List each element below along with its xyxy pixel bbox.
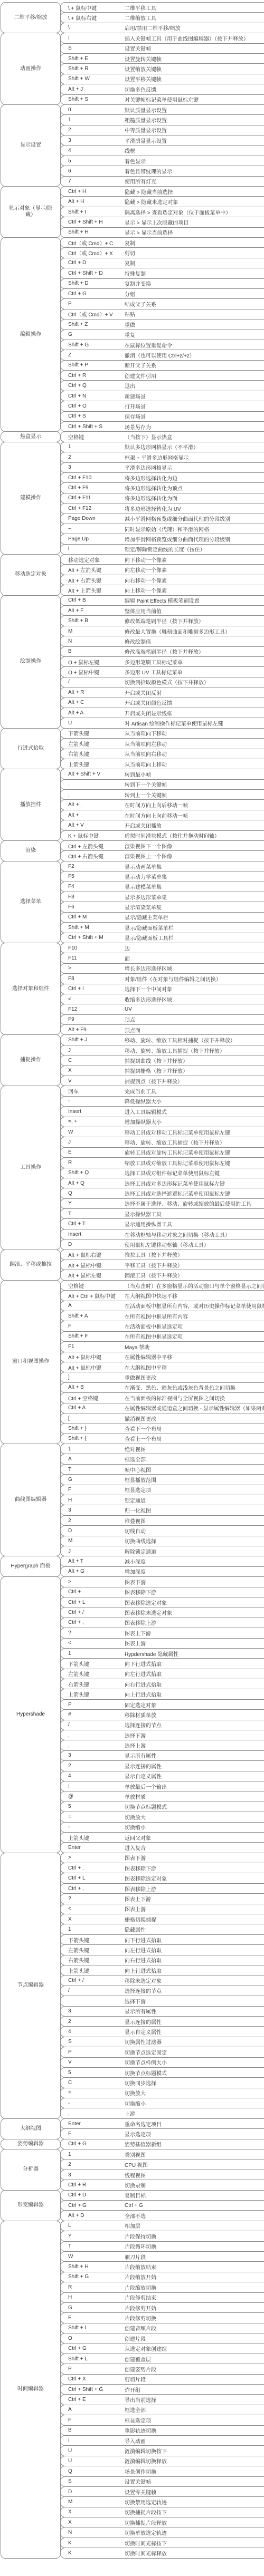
shortcut-row: 2 显示连接的属性 <box>60 1760 264 1771</box>
shortcut-row: 2 显示连接的属性 <box>60 2016 264 2027</box>
shortcut-row: Ctrl + D 复制目标 <box>60 2190 264 2201</box>
shortcut-row: 3 线程视图 <box>60 2170 264 2180</box>
category-cell: 编辑操作 <box>1 237 61 432</box>
shortcut-description: 二维平移工具 <box>125 4 264 12</box>
shortcut-description: 分组 <box>125 290 264 298</box>
shortcut-description: 移动工具或对移动工具标记菜单使用鼠标左键 <box>125 1128 264 1136</box>
shortcut-description: 姿势插值器新组 <box>125 2140 264 2148</box>
shortcut-row: [ 撤消视图更改 <box>60 1413 264 1423</box>
shortcut-key: Ctrl + F11 <box>61 495 125 501</box>
shortcut-key: W <box>61 2254 125 2260</box>
shortcut-key: Ctrl + , <box>61 1620 125 1625</box>
shortcut-row: F 在活动面板中框显选定项 <box>60 1321 264 1331</box>
shortcut-key: Alt + Q <box>61 1180 125 1186</box>
shortcut-description: 复制 <box>125 259 264 267</box>
shortcut-key: Ctrl + , <box>61 1886 125 1892</box>
shortcut-description: 图表移除上游 <box>125 1619 264 1626</box>
shortcut-key: Shift + I <box>61 209 125 215</box>
shortcut-key: Ctrl + R <box>61 373 125 379</box>
shortcut-description: 增加深度 <box>125 1567 264 1575</box>
shortcut-description: 图表下游 <box>125 1854 264 1862</box>
group-rows: Ctrl + H 隐藏 > 隐藏当前选择 Alt + H 隐藏 > 隐藏未选定对… <box>60 186 264 238</box>
shortcut-description: 类别视图 <box>125 2151 264 2158</box>
shortcut-description: 显示操纵器工具 <box>125 1210 264 1218</box>
shortcut-group: 行进式拾取 下箭头键 从当前项向下移动 左箭头键 从当前项向左移动 右箭头键 从… <box>0 728 264 770</box>
shortcut-key: < <box>61 996 125 1002</box>
shortcut-row: , 转到上一个关键帧 <box>60 789 264 800</box>
shortcut-key: ? <box>61 1896 125 1902</box>
shortcut-row: Alt + 鼠标左键 翻滚工具（按下并释放） <box>60 1270 264 1280</box>
shortcut-key: 下箭头键 <box>61 729 125 737</box>
shortcut-key: Ctrl + L <box>61 1600 125 1605</box>
shortcut-description: 编辑 Paint Effects 模板笔刷设置 <box>125 596 264 604</box>
group-rows: > 图表下游 Ctrl + . 图表移除下游 Ctrl + L 图表移除选定对象… <box>60 1853 264 2119</box>
shortcut-row: Enter 进入复合 <box>60 1842 264 1853</box>
shortcut-description: 查看上一个布局 <box>125 1435 264 1442</box>
shortcut-row: D 切线自动 <box>60 1525 264 1536</box>
shortcut-row: 上箭头键 从当前项向上移动 <box>60 759 264 769</box>
shortcut-description: 显示连接的属性 <box>125 2018 264 2026</box>
shortcut-row: Alt + J 切换多色反馈 <box>60 84 264 94</box>
shortcut-description: 粘贴 <box>125 310 264 318</box>
shortcut-key: J <box>61 1048 125 1053</box>
shortcut-description: 切换录制 <box>125 2181 264 2189</box>
shortcut-row: Shift + R 设置缩放关键帧 <box>60 63 264 74</box>
shortcut-description: 图表移除选定对象 <box>125 1599 264 1606</box>
shortcut-description: 进入工具编辑模式 <box>125 1108 264 1116</box>
shortcut-description: 图表上下游 <box>125 1629 264 1637</box>
shortcut-key: H <box>61 1497 125 1503</box>
shortcut-key: 6 <box>61 168 125 174</box>
shortcut-description: 移动、旋转、缩放工具相对捕捉（按下并释放） <box>125 1036 264 1044</box>
shortcut-row: 6 着色且带纹理的显示 <box>60 166 264 176</box>
shortcut-row: ? 图表上下游 <box>60 1893 264 1904</box>
shortcut-key: 3 <box>61 2008 125 2014</box>
shortcut-key: Shift + D <box>61 280 125 286</box>
shortcut-key: U <box>61 2448 125 2454</box>
shortcut-row: Ctrl + Q 退出 <box>60 380 264 391</box>
shortcut-key: Alt + R <box>61 690 125 695</box>
shortcut-key: C <box>61 1058 125 1063</box>
shortcut-description: 向下移动一个像素 <box>125 556 264 564</box>
shortcut-description: 修改低端笔刷半径（按下并释放） <box>125 617 264 625</box>
shortcut-key: F10 <box>61 945 125 951</box>
shortcut-description: 设置零关键帧 <box>125 2488 264 2496</box>
shortcut-key: 右箭头键 <box>61 1680 125 1688</box>
shortcut-key: Alt + 右箭头键 <box>61 576 125 584</box>
shortcut-key: Shift + F <box>61 1333 125 1339</box>
shortcut-description: 显示通用操纵器工具 <box>125 1220 264 1228</box>
category-cell: 显示设置 <box>1 104 61 187</box>
shortcut-description: 场景另存为 <box>125 423 264 431</box>
shortcut-description: 减小平滑网格预览或细分曲面代理的分段级别 <box>125 515 264 522</box>
shortcut-key: P <box>61 2366 125 2372</box>
shortcut-key: F4 <box>61 884 125 889</box>
shortcut-row: Alt + , 在时间方向上向后移动一帧 <box>60 799 264 810</box>
shortcut-description: 降低操纵器大小 <box>125 1097 264 1105</box>
shortcut-description: 创建文件引用 <box>125 372 264 380</box>
shortcut-key: M <box>61 628 125 634</box>
shortcut-row: 1 类别视图 <box>60 2149 264 2159</box>
group-rows: 1 绝对视图 A 框选全部 T 帧中心视图 G 框显播放范围 F 框显选定项 H… <box>60 1444 264 1556</box>
shortcut-key: I <box>61 2438 125 2444</box>
shortcut-row: Ctrl（或 Cmd）+ X 剪切 <box>60 247 264 258</box>
shortcut-row: H 片段修剪结束 <box>60 2292 264 2303</box>
shortcut-key: 4 <box>61 1773 125 1779</box>
shortcut-row: Ctrl + F9 将多边形选择转化为顶点 <box>60 482 264 493</box>
shortcut-key: 5 <box>61 2070 125 2076</box>
shortcut-key: 5 <box>61 1804 125 1809</box>
category-cell: 渲染 <box>1 840 61 861</box>
shortcut-description: Ctrl + G <box>125 2203 264 2209</box>
shortcut-row: Q 场景创作切换 <box>60 2466 264 2476</box>
shortcut-description: 新建场景 <box>125 392 264 400</box>
shortcut-key: [ <box>61 1416 125 1421</box>
shortcut-description: 结成父子关系 <box>125 300 264 308</box>
shortcut-row: N 修改绘制值 <box>60 636 264 646</box>
shortcut-row: E 片段修剪切换 <box>60 2312 264 2323</box>
shortcut-group: Hypershade > 图表下游 Ctrl + . 图表移除下游 Ctrl +… <box>0 1576 264 1853</box>
shortcut-row: Alt + R 开启或关闭反射 <box>60 687 264 698</box>
shortcut-row: O + 鼠标中键 多边形 UV 工具标记菜单 <box>60 666 264 677</box>
shortcut-row: Shift + I 创建音频片段 <box>60 2323 264 2333</box>
shortcut-row: / 切换到拾取颜色模式（按下并释放） <box>60 677 264 687</box>
shortcut-row: Ctrl + 右箭头键 渲染视图上一个图像 <box>60 850 264 861</box>
shortcut-description: 切换缩小 <box>125 2099 264 2107</box>
shortcut-description: 显示动力学菜单集 <box>125 873 264 880</box>
shortcut-row: Alt + 右箭头键 向右移动一个像素 <box>60 575 264 585</box>
shortcut-key: 4 <box>61 148 125 153</box>
category-cell: 播放控件 <box>1 769 61 841</box>
shortcut-row: M 切换禁用选定轨迹 <box>60 2496 264 2507</box>
shortcut-description: 将多边形选择转化为 UV <box>125 505 264 512</box>
shortcut-description: 着色且带纹理的显示 <box>125 167 264 175</box>
shortcut-description: 创建片段 <box>125 2335 264 2342</box>
category-cell: 捕捉操作 <box>1 1034 61 1086</box>
shortcut-row: Shift + L 创建覆盖层 <box>60 2354 264 2364</box>
shortcut-row: P 结成父子关系 <box>60 298 264 309</box>
shortcut-description: 选择连接的节点 <box>125 1987 264 1994</box>
shortcut-row: Shift + } 查看下一个布局 <box>60 1423 264 1434</box>
shortcut-key: U <box>61 720 125 726</box>
shortcut-key: / <box>61 1988 125 1993</box>
shortcut-key: 移动选定对象 <box>61 556 125 564</box>
shortcut-row: G 片段修剪开始 <box>60 2302 264 2313</box>
shortcut-row: F4 显示建模菜单集 <box>60 882 264 892</box>
shortcut-description: 图表上游 <box>125 1639 264 1647</box>
shortcut-row: Alt + C 开启或关闭颜色反馈 <box>60 698 264 708</box>
shortcut-description: 渲染视图下一个图像 <box>125 842 264 850</box>
group-rows: I 插入关键帧工具（用于曲线图编辑器）（按下并释放） S 设置关键帧 Shift… <box>60 33 264 105</box>
shortcut-key: / <box>61 679 125 685</box>
shortcut-description: 设置旋转关键帧 <box>125 55 264 63</box>
shortcut-key: Ctrl + I <box>61 986 125 992</box>
shortcut-description: 多边形笔刷工具标记菜单 <box>125 658 264 666</box>
shortcut-key: Ctrl + F9 <box>61 485 125 491</box>
shortcut-key: 2 <box>61 2162 125 2167</box>
shortcut-description: 片段保持切换 <box>125 2232 264 2240</box>
shortcut-description: 切换放大 <box>125 2089 264 2097</box>
shortcut-description: 二维缩放工具 <box>125 14 264 22</box>
shortcut-key: G <box>61 332 125 337</box>
shortcut-group: 渲染 Ctrl + 左箭头键 渲染视图下一个图像 Ctrl + 右箭头键 渲染视… <box>0 840 264 861</box>
shortcut-description: 栅格切换捕捉 <box>125 1915 264 1923</box>
shortcut-key: D <box>61 1242 125 1247</box>
shortcut-row: O + 鼠标左键 多边形笔刷工具标记菜单 <box>60 656 264 667</box>
category-cell: 形变编辑器 <box>1 2190 61 2221</box>
shortcut-description: 在鼠标位置重复命令 <box>125 341 264 349</box>
shortcut-key: Ctrl + / <box>61 1978 125 1983</box>
shortcut-key: Y <box>61 1200 125 1206</box>
shortcut-description: 剃刀片段 <box>125 2253 264 2261</box>
shortcut-row: = 切换放大 <box>60 2088 264 2098</box>
shortcut-row: Shift + Z 重做 <box>60 319 264 330</box>
shortcut-description: 顶点 <box>125 1015 264 1023</box>
shortcut-description: 推拉工具（按下并释放） <box>125 1251 264 1258</box>
shortcut-key: 3 <box>61 464 125 470</box>
shortcut-row: Alt + F 整体应用当前值 <box>60 605 264 616</box>
shortcut-row: K 切换时间光标按下 <box>60 2538 264 2548</box>
shortcut-row: G 重复 <box>60 330 264 340</box>
shortcut-row: 2 堆叠视图 <box>60 1515 264 1526</box>
shortcut-description: 显示/隐藏面板菜单栏 <box>125 924 264 932</box>
shortcut-description: 向左行进式拾取 <box>125 1946 264 1954</box>
shortcut-key: 1 <box>61 117 125 123</box>
shortcut-key: Y <box>61 2233 125 2239</box>
shortcut-row: / 选择连接的节点 <box>60 1720 264 1730</box>
shortcut-key: Alt + B <box>61 1384 125 1390</box>
shortcut-row: 上箭头键 返回父对象 <box>60 1832 264 1843</box>
shortcut-description: 框显播放范围 <box>125 1476 264 1484</box>
shortcut-key: \ + 鼠标右键 <box>61 14 125 22</box>
shortcut-row: X 切换捕捉片段释放 <box>60 2517 264 2527</box>
shortcut-row: Alt + Shift + V 转到最小帧 <box>60 769 264 779</box>
shortcut-key: > <box>61 1579 125 1585</box>
shortcut-key: V <box>61 1078 125 1084</box>
shortcut-description: 将多边形选择转化为顶点 <box>125 484 264 492</box>
shortcut-group: 节点编辑器 > 图表下游 Ctrl + . 图表移除下游 Ctrl + L 图表… <box>0 1853 264 2119</box>
shortcut-key: P <box>61 301 125 307</box>
shortcut-group: 工具操作 回车 完成当前工具 - 降低操纵器大小 Insert 进入工具编辑模式… <box>0 1086 264 1250</box>
shortcut-row: 4 显示自定义属性 <box>60 1771 264 1781</box>
shortcut-description: 向上移动一个像素 <box>125 586 264 594</box>
shortcut-row: ] 重做视图更改 <box>60 1372 264 1382</box>
shortcut-description: 将多边形选择转化为面 <box>125 494 264 502</box>
shortcut-description: 捕捉到曲线（按下并释放） <box>125 1057 264 1064</box>
shortcut-row: Alt + 鼠标右键 推拉工具（按下并释放） <box>60 1250 264 1260</box>
category-cell: Hypershade <box>1 1576 61 1853</box>
shortcut-row: 左箭头键 从当前项向左移动 <box>60 738 264 749</box>
group-rows: 空格键 （当点击时）在多窗格显示的活动窗口与单个窗格显示之间切换 Alt + C… <box>60 1280 264 1444</box>
shortcut-row: 右箭头键 向右行进式拾取 <box>60 1955 264 1965</box>
shortcut-row: F5 显示动力学菜单集 <box>60 871 264 882</box>
shortcut-row: Enter 重命名选定项目 <box>60 2118 264 2129</box>
category-cell: 工具操作 <box>1 1086 61 1250</box>
shortcut-description: 重做视图更改 <box>125 1373 264 1381</box>
shortcut-row: 左箭头键 向左行进式拾取 <box>60 1669 264 1679</box>
shortcut-row: Ctrl + / 图表移除未选定对象 <box>60 1607 264 1618</box>
shortcut-row: 空格键 （当点击时）在多窗格显示的活动窗口与单个窗格显示之间切换 <box>60 1280 264 1291</box>
shortcut-row: , 选择上游 <box>60 1740 264 1750</box>
shortcut-row: Alt + F9 顶点面 <box>60 1024 264 1035</box>
shortcut-description: 显示动画菜单集 <box>125 863 264 870</box>
shortcut-description: 断开父子关系 <box>125 361 264 369</box>
shortcut-row: B 修改高端笔刷半径（按下并释放） <box>60 646 264 657</box>
group-rows: F10 边 F11 面 > 增长多边形选择区域 F8 对象/组件（在对象与组件编… <box>60 943 264 1035</box>
shortcut-key: Shift + { <box>61 1436 125 1441</box>
shortcut-description: 转到上一个关键帧 <box>125 791 264 799</box>
shortcut-key: Shift + H <box>61 2264 125 2270</box>
shortcut-row: Shift + B 修改低端笔刷半径（按下并释放） <box>60 615 264 626</box>
shortcut-key: S <box>61 2478 125 2484</box>
shortcut-row: F 框显选定项 <box>60 2415 264 2425</box>
shortcut-row: Ctrl（或 Cmd）+ C 复制 <box>60 237 264 248</box>
shortcut-row: J 移动、旋转、缩放工具捕捉（按下并释放） <box>60 1137 264 1147</box>
shortcut-row: Ctrl + A 在属性编辑器或通道盒之间切换 - 显示属性编辑器（如果两者均不… <box>60 1403 264 1413</box>
shortcut-key: 下箭头键 <box>61 1936 125 1944</box>
shortcut-description: 设置关键帧 <box>125 2477 264 2485</box>
shortcut-row: 左箭头键 向左行进式拾取 <box>60 1944 264 1955</box>
category-cell: 选择菜单 <box>1 861 61 943</box>
shortcut-description: 涟漪编辑切换按下 <box>125 2447 264 2455</box>
shortcut-key: Shift + E <box>61 56 125 62</box>
shortcut-description: 图表上下游 <box>125 1895 264 1903</box>
shortcut-row: > 图表下游 <box>60 1853 264 1863</box>
shortcut-key: Ctrl + Shift + G <box>61 2387 125 2393</box>
shortcut-description: 切换同步选择 <box>125 2079 264 2087</box>
shortcut-row: I 插入关键帧工具（用于曲线图编辑器）（按下并释放） <box>60 33 264 43</box>
shortcut-description: 粗糙质量显示设置 <box>125 116 264 124</box>
shortcut-description: 对 Artisan 绘制操作标记菜单使用鼠标左键 <box>125 719 264 727</box>
shortcut-key: D <box>61 1528 125 1534</box>
shortcut-key: Alt + J <box>61 86 125 92</box>
shortcut-key: 3 <box>61 1507 125 1513</box>
shortcut-row: T 片段循环切换 <box>60 2241 264 2252</box>
shortcut-row: E 旋转工具或对旋转工具标记菜单使用鼠标左键 <box>60 1147 264 1158</box>
shortcut-key: 2 <box>61 1763 125 1769</box>
shortcut-description: 修改绘制值 <box>125 637 264 645</box>
shortcut-description: 图表移除未选定对象 <box>125 1609 264 1616</box>
shortcut-key: Ctrl + Shift + S <box>61 424 125 430</box>
shortcut-description: 单放材质 <box>125 1793 264 1800</box>
shortcut-row: Ctrl + . 图表移除下游 <box>60 1863 264 1873</box>
shortcut-row: Ctrl + I 选择下一个中间对象 <box>60 984 264 994</box>
shortcut-row: Ctrl + D 复制 <box>60 258 264 268</box>
shortcut-description: 从当前项向左移动 <box>125 740 264 748</box>
shortcut-key: Shift + M <box>61 925 125 931</box>
shortcut-row: F12 UV <box>60 1004 264 1014</box>
shortcut-description: 显示自定义属性 <box>125 2028 264 2036</box>
shortcut-description: 移除材质单放 <box>125 1711 264 1719</box>
shortcut-key: ! <box>61 1784 125 1789</box>
shortcut-key: Alt + C <box>61 700 125 705</box>
shortcut-row: J 移动、旋转、缩放工具捕捉（按下并释放） <box>60 1045 264 1055</box>
shortcut-description: 选择不属于选择、移动、旋转或缩放的最后使用的工具 <box>125 1199 264 1207</box>
shortcut-row: Insert 进入工具编辑模式 <box>60 1106 264 1117</box>
shortcut-row: 空格键 （当按下）显示热盒 <box>60 431 264 442</box>
shortcut-key: Alt + , <box>61 802 125 808</box>
shortcut-key: P <box>61 1702 125 1708</box>
shortcut-group: 移动选定对象 移动选定对象 向下移动一个像素 Alt + 左箭头键 向左移动一个… <box>0 554 264 596</box>
shortcut-row: A 在活动面板中框显所有内容，或对历史操作标记菜单使用鼠标左键 <box>60 1301 264 1311</box>
shortcut-description: 切换缩小 <box>125 1823 264 1831</box>
shortcut-description: 启用/禁用二维平移/缩放 <box>125 24 264 32</box>
shortcut-description: 平移工具（按下并释放） <box>125 1261 264 1269</box>
shortcut-description: 面 <box>125 954 264 962</box>
shortcut-key: 1 <box>61 444 125 450</box>
shortcut-key: 1 <box>61 1651 125 1657</box>
group-rows: 回车 完成当前工具 - 降低操纵器大小 Insert 进入工具编辑模式 =, +… <box>60 1086 264 1250</box>
shortcut-row: l 锁定/解除锁定曲线的长度（按住） <box>60 544 264 555</box>
shortcut-key: , <box>61 1742 125 1748</box>
shortcut-description: 图表移除选定对象 <box>125 1874 264 1882</box>
shortcut-row: A 框选全部 <box>60 2405 264 2415</box>
shortcut-row: Y 片段保持切换 <box>60 2231 264 2241</box>
shortcut-row: 上箭头键 向上行进式拾取 <box>60 1965 264 1975</box>
shortcut-row: \ + 鼠标中键 二维平移工具 <box>60 2 264 13</box>
shortcut-row: Ctrl + L 图表移除选定对象 <box>60 1873 264 1883</box>
shortcut-description: 使用鼠标左键移动枢轴（移动工具） <box>125 1241 264 1248</box>
shortcut-row: Alt + 鼠标中键 平移工具（按下并释放） <box>60 1260 264 1270</box>
shortcut-key: Alt + 鼠标中键 <box>61 1353 125 1361</box>
shortcut-description: 切换节点样例大小 <box>125 2058 264 2066</box>
shortcut-row: Ctrl + 左箭头键 渲染视图下一个图像 <box>60 840 264 851</box>
shortcut-row: Shift + A 在所有视图中框显所有内容 <box>60 1311 264 1321</box>
shortcut-row: Y 选择不属于选择、移动、旋转或缩放的最后使用的工具 <box>60 1198 264 1209</box>
shortcut-description: 退出 <box>125 382 264 390</box>
shortcut-row: Alt + . 在时间方向上向前移动一帧 <box>60 810 264 820</box>
shortcut-key: 上箭头键 <box>61 1690 125 1698</box>
shortcut-row: Shift + W 设置平移关键帧 <box>60 74 264 84</box>
shortcut-key: Alt + 左箭头键 <box>61 566 125 574</box>
shortcut-description: 进入复合 <box>125 1844 264 1852</box>
shortcut-key: Alt + G <box>61 1568 125 1574</box>
shortcut-row: X 捕捉到栅格（按下并释放） <box>60 1066 264 1076</box>
shortcut-key: Enter <box>61 1845 125 1851</box>
shortcut-description: 导出当前选择 <box>125 2396 264 2404</box>
shortcut-description: 创建姿势片段 <box>125 2365 264 2373</box>
shortcut-key: M <box>61 1538 125 1544</box>
shortcut-description: 在当前面板的标准视图与全屏视图之间切换 <box>125 1394 264 1402</box>
shortcut-row: O 创建片段 <box>60 2333 264 2343</box>
shortcut-key: Alt + 鼠标中键 <box>61 1363 125 1371</box>
shortcut-description: 在时间方向上向前移动一帧 <box>125 811 264 819</box>
shortcut-key: F2 <box>61 864 125 869</box>
shortcut-row: R 缩放工具或对缩放工具标记菜单使用鼠标左键 <box>60 1157 264 1168</box>
shortcut-row: Shift + F 在所有视图中框显选定项 <box>60 1331 264 1342</box>
shortcut-row: Ctrl + X 剪切片段 <box>60 2374 264 2385</box>
shortcut-description: 图表下游 <box>125 1578 264 1586</box>
shortcut-key: 1 <box>61 1446 125 1452</box>
shortcut-description: 显示 > 显示上次隐藏的项目 <box>125 218 264 226</box>
shortcut-key: F <box>61 2417 125 2423</box>
shortcut-key: 2 <box>61 2019 125 2025</box>
shortcut-row: \ 启用/禁用二维平移/缩放 <box>60 23 264 33</box>
shortcut-description: 复制并变换 <box>125 279 264 287</box>
shortcut-description: 选择连接的节点 <box>125 1721 264 1729</box>
shortcut-key: Ctrl + . <box>61 1865 125 1871</box>
shortcut-description: 在时间方向上向后移动一帧 <box>125 801 264 809</box>
shortcut-description: 炸开组 <box>125 2386 264 2394</box>
shortcut-row: 5 切换节点标题模式 <box>60 2067 264 2078</box>
shortcut-key: Alt + F <box>61 608 125 614</box>
shortcut-key: F3 <box>61 894 125 900</box>
shortcut-row: 移动选定对象 向下移动一个像素 <box>60 554 264 565</box>
shortcut-key: A <box>61 1456 125 1462</box>
shortcut-group: 曲线图编辑器 1 绝对视图 A 框选全部 T 帧中心视图 G 框显播放范围 F … <box>0 1444 264 1556</box>
shortcut-key: Ctrl + 空格键 <box>61 1394 125 1402</box>
shortcut-description: 锁定通道 <box>125 1496 264 1504</box>
